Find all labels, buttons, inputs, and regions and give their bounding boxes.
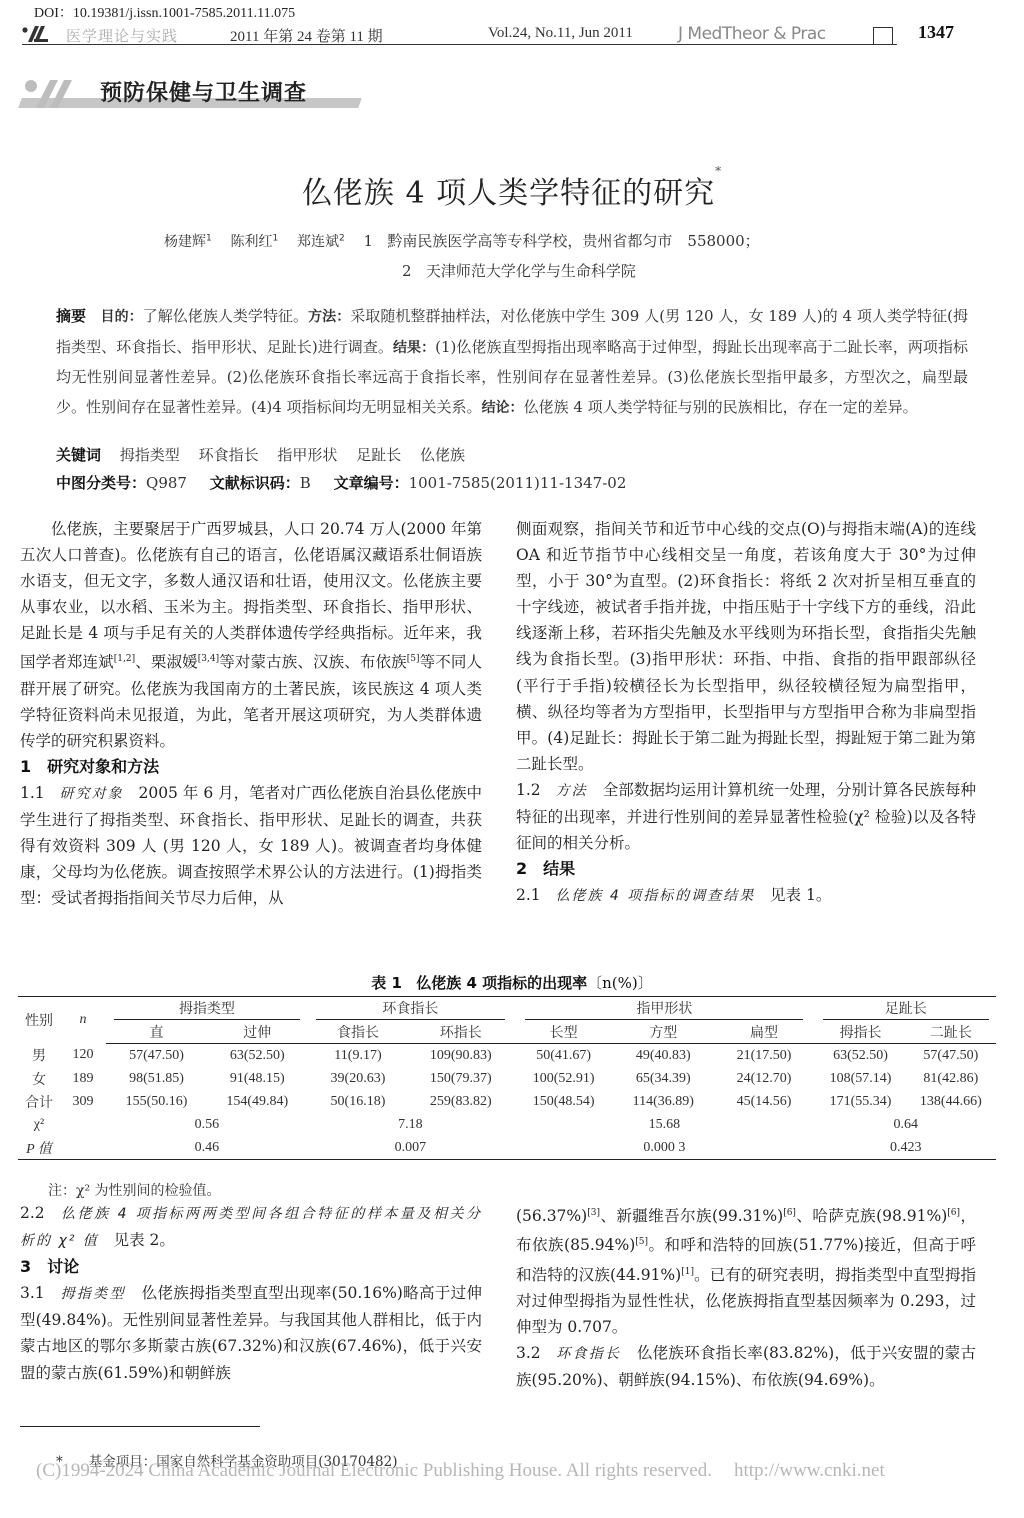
journal-logo-icon: [22, 26, 48, 42]
methods-label: 方法：: [308, 309, 350, 325]
subsection-2-2: 2.2 仫佬族 4 项指标两两类型间各组合特征的样本量及相关分析的 χ² 值 见…: [20, 1200, 482, 1254]
affiliation-2: 2 天津师范大学化学与生命科学院: [402, 260, 636, 281]
subsection-1-1: 1.1 研究对象 2005 年 6 月，笔者对广西仫佬族自治县仫佬族中学生进行了…: [20, 780, 482, 911]
authors-line: 杨建辉1 陈利红1 郑连斌2 1 黔南民族医学高等专科学校，贵州省都匀市 558…: [164, 230, 760, 251]
author: 郑连斌2: [297, 234, 345, 250]
subsection-3-1: 3.1 拇指类型 仫佬族拇指类型直型出现率(50.16%)略高于过伸型(49.8…: [20, 1280, 482, 1385]
section-logo-icon: [24, 78, 84, 108]
intro-paragraph: 仫佬族，主要聚居于广西罗城县，人口 20.74 万人(2000 年第五次人口普查…: [20, 516, 482, 754]
table-row: 合计309 155(50.16)154(49.84) 50(16.18)259(…: [18, 1090, 996, 1113]
footnote-divider: [20, 1426, 260, 1427]
objective-label: 目的：: [101, 309, 143, 325]
table-label: 表 1: [371, 974, 402, 992]
table-row: 女189 98(51.85)91(48.15) 39(20.63)150(79.…: [18, 1067, 996, 1090]
section-banner: 预防保健与卫生调查: [20, 76, 360, 110]
subsection-3-1-continued: (56.37%)[3]、新疆维吾尔族(99.31%)[6]、哈萨克族(98.91…: [516, 1200, 976, 1340]
col-header: 环指长: [408, 1020, 513, 1044]
section-heading-2: 2 结果: [516, 856, 976, 882]
col-header: 拇指长: [815, 1020, 905, 1044]
copyright-watermark: (C)1994-2024 China Academic Journal Elec…: [36, 1460, 885, 1482]
header-n: n: [60, 997, 106, 1044]
header-sex: 性别: [18, 997, 60, 1044]
body-right-column-bottom: (56.37%)[3]、新疆维吾尔族(99.31%)[6]、哈萨克族(98.91…: [516, 1200, 976, 1393]
section-title: 预防保健与卫生调查: [100, 76, 307, 107]
subsection-2-1: 2.1 仫佬族 4 项指标的调查结果 见表 1。: [516, 882, 976, 909]
article-title-text: 仫佬族 4 项人类学特征的研究: [302, 176, 715, 211]
doc-code-label: 文献标识码：: [210, 474, 300, 492]
body-left-column-bottom: 2.2 仫佬族 4 项指标两两类型间各组合特征的样本量及相关分析的 χ² 值 见…: [20, 1200, 482, 1386]
keywords: 关键词 拇指类型 环食指长 指甲形状 足趾长 仫佬族: [56, 444, 465, 465]
section-heading-3: 3 讨论: [20, 1254, 482, 1280]
running-header: 医学理论与实践 2011 年第 24 卷第 11 期 Vol.24, No.11…: [22, 24, 897, 45]
journal-abbr: J MedTheor & Prac: [678, 24, 826, 44]
table-row-p: P 值 0.46 0.007 0.000 3 0.423: [18, 1136, 996, 1160]
subsection-3-2: 3.2 环食指长 仫佬族环食指长率(83.82%)，低于兴安盟的蒙古族(95.2…: [516, 1340, 976, 1393]
col-header: 长型: [513, 1020, 614, 1044]
col-header: 食指长: [308, 1020, 409, 1044]
table-title: 仫佬族 4 项指标的出现率: [416, 974, 587, 992]
subsection-1-2: 1.2 方法 全部数据均运用计算机统一处理，分别计算各民族每种特征的出现率，并进…: [516, 777, 976, 856]
affiliation-1: 1 黔南民族医学高等专科学校，贵州省都匀市 558000；: [364, 232, 760, 250]
group-nail-shape: 指甲形状: [513, 997, 815, 1021]
article-no-label: 文章编号：: [334, 474, 409, 492]
keyword: 指甲形状: [277, 446, 337, 464]
author: 杨建辉1: [164, 234, 212, 250]
keyword: 仫佬族: [420, 446, 465, 464]
article-no-value: 1001-7585(2011)11-1347-02: [409, 474, 627, 492]
keyword: 拇指类型: [120, 446, 180, 464]
clc-label: 中图分类号：: [56, 474, 146, 492]
keyword: 环食指长: [199, 446, 259, 464]
col-header: 方型: [614, 1020, 713, 1044]
author: 陈利红1: [231, 234, 279, 250]
group-toe-length: 足趾长: [815, 997, 996, 1021]
title-footnote-mark: *: [715, 164, 722, 178]
body-left-column: 仫佬族，主要聚居于广西罗城县，人口 20.74 万人(2000 年第五次人口普查…: [20, 516, 482, 912]
journal-name-cn: 医学理论与实践: [66, 25, 178, 46]
doi-line: DOI：10.19381/j.issn.1001-7585.2011.11.07…: [34, 2, 295, 22]
table-caption: 表 1 仫佬族 4 项指标的出现率〔n(%)〕: [0, 972, 1024, 993]
article-title: 仫佬族 4 项人类学特征的研究*: [0, 168, 1024, 212]
group-thumb-type: 拇指类型: [106, 997, 307, 1021]
table-unit: 〔n(%)〕: [587, 974, 653, 992]
keyword: 足趾长: [356, 446, 401, 464]
doc-code-value: B: [300, 474, 311, 492]
body-right-column: 侧面观察，指间关节和近节中心线的交点(O)与拇指末端(A)的连线 OA 和近节指…: [516, 516, 976, 909]
citation: [1,2]: [114, 654, 135, 664]
col-header: 扁型: [713, 1020, 816, 1044]
classification-line: 中图分类号：Q987 文献标识码：B 文章编号：1001-7585(2011)1…: [56, 472, 626, 493]
cnki-link[interactable]: http://www.cnki.net: [734, 1460, 885, 1481]
keywords-label: 关键词: [56, 446, 101, 464]
table-row-chi2: χ² 0.56 7.18 15.68 0.64: [18, 1113, 996, 1136]
subsection-1-1-continued: 侧面观察，指间关节和近节中心线的交点(O)与拇指末端(A)的连线 OA 和近节指…: [516, 516, 976, 777]
header-box-icon: [873, 27, 893, 45]
abstract: 摘要 目的：了解仫佬族人类学特征。方法：采取随机整群抽样法，对仫佬族中学生 30…: [56, 302, 968, 423]
col-header: 二趾长: [906, 1020, 996, 1044]
table-row: 男120 57(47.50)63(52.50) 11(9.17)109(90.8…: [18, 1044, 996, 1068]
conclusion-text: 仫佬族 4 项人类学特征与别的民族相比，存在一定的差异。: [524, 398, 918, 416]
abstract-label: 摘要: [56, 307, 86, 325]
citation: [3,4]: [198, 654, 219, 664]
citation: [5]: [407, 654, 420, 664]
group-ring-index: 环食指长: [308, 997, 514, 1021]
table-1: 性别 n 拇指类型 环食指长 指甲形状 足趾长 直 过伸 食指长 环指长 长型 …: [18, 996, 996, 1160]
col-header: 过伸: [207, 1020, 308, 1044]
table-note: 注：χ² 为性别间的检验值。: [48, 1180, 221, 1200]
issue-cn: 2011 年第 24 卷第 11 期: [230, 25, 383, 46]
results-label: 结果：: [393, 340, 435, 356]
col-header: 直: [106, 1020, 207, 1044]
clc-value: Q987: [146, 474, 187, 492]
volume-en: Vol.24, No.11, Jun 2011: [488, 25, 633, 42]
conclusion-label: 结论：: [482, 400, 524, 416]
section-heading-1: 1 研究对象和方法: [20, 754, 482, 780]
page-number: 1347: [918, 22, 954, 43]
objective-text: 了解仫佬族人类学特征。: [143, 307, 308, 325]
